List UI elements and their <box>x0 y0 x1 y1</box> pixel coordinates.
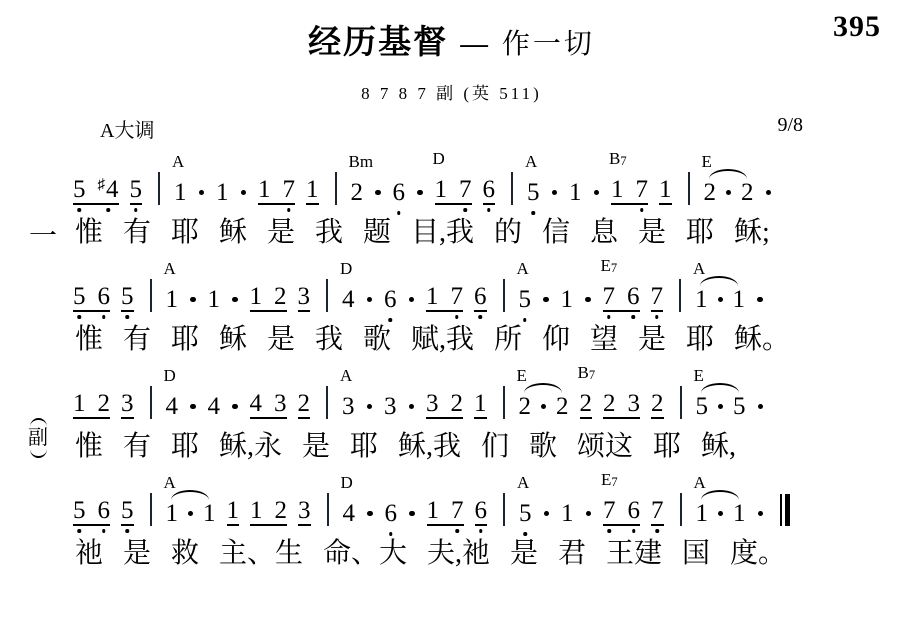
note: 2B7 <box>580 391 593 419</box>
chord-number: 7 <box>589 368 595 382</box>
note-digit: 7 <box>459 177 472 202</box>
note-digit: 3 <box>426 391 439 416</box>
note-body: 4 <box>342 287 355 312</box>
tie-arc-icon <box>171 490 209 500</box>
note: 4 <box>208 394 221 419</box>
note: 1A <box>174 180 187 205</box>
chord-label: E <box>694 367 704 384</box>
note-digit: 2 <box>704 180 717 205</box>
verse-2: 5651A11234D61765A176E7711A 惟 有 耶 稣 是 我 歌… <box>73 281 877 357</box>
note-body: 5 <box>519 501 532 526</box>
note-digit: 1 <box>306 177 319 202</box>
chord-label: A <box>517 260 529 277</box>
tied-notes: 11A <box>695 287 745 312</box>
tie-arc-icon <box>701 490 739 500</box>
note-group-body: 17 <box>427 498 464 526</box>
duration-dot <box>375 190 381 196</box>
chord-label: E7 <box>601 257 618 274</box>
duration-dot <box>718 297 723 302</box>
tied-notes: 22E <box>704 180 754 205</box>
note: 1 <box>659 177 672 205</box>
note-digit: 7 <box>651 498 664 523</box>
note-group-body: 43 <box>250 391 287 419</box>
refrain-marker-char: 副 <box>28 427 48 449</box>
note-body: 3 <box>298 498 311 526</box>
note-body: 6 <box>384 287 397 312</box>
chord-number: 7 <box>611 261 617 275</box>
barline <box>150 279 152 312</box>
note-body: 6 <box>393 180 406 205</box>
barline <box>150 493 152 526</box>
note: 5A <box>527 180 540 205</box>
chord-label: B7 <box>609 150 627 167</box>
chord-number: 7 <box>611 475 617 489</box>
music-line-1: 5♯451A11712Bm617D65A117B7122E <box>73 174 877 205</box>
note: 1 <box>208 287 221 312</box>
note-digit: 3 <box>384 394 397 419</box>
note-body: 1 <box>561 501 574 526</box>
key-time-row: A大调 9/8 <box>100 114 803 143</box>
note-group: 5♯4 <box>73 177 119 205</box>
note-digit: 6 <box>483 177 496 202</box>
barline <box>150 386 152 419</box>
note-body: 5 <box>527 180 540 205</box>
note-digit: 2 <box>274 284 287 309</box>
song-title: 经历基督— 作一切 <box>0 16 903 63</box>
note-digit: 3 <box>298 498 311 523</box>
barline <box>326 386 328 419</box>
duration-dot <box>232 404 238 410</box>
note: 3A <box>342 394 355 419</box>
chord-label: E <box>702 153 712 170</box>
note-digit: 5 <box>73 498 86 523</box>
chord-label: A <box>340 367 352 384</box>
note-group-body: 17 <box>258 177 295 205</box>
hymn-page: 395 经历基督— 作一切 8 7 8 7 副 (英 511) A大调 9/8 … <box>0 0 903 644</box>
note-group: 56 <box>73 284 110 312</box>
note-body: 2 <box>298 391 311 419</box>
note-group-body: 76 <box>603 284 640 312</box>
note-digit: 6 <box>628 498 641 523</box>
note: 2Bm <box>351 180 364 205</box>
note-group: 32 <box>426 391 463 419</box>
note-digit: 3 <box>274 391 287 416</box>
note-group: 43 <box>250 391 287 419</box>
note-digit: 6 <box>385 501 398 526</box>
note-digit: 1 <box>561 501 574 526</box>
note-digit: 1 <box>474 391 487 416</box>
note-digit: 5 <box>73 284 86 309</box>
chord-label: D <box>164 367 176 384</box>
final-barline-thin <box>780 494 782 526</box>
note-body: 6 <box>474 284 487 312</box>
note-group-body: 32 <box>426 391 463 419</box>
lyric-text: 惟 有 耶 稣,永 是 耶 稣,我 们 歌 颂这 耶 稣, <box>75 431 736 462</box>
note-group-body: 12 <box>250 284 287 312</box>
note-digit: 1 <box>561 287 574 312</box>
barline <box>680 386 682 419</box>
note-digit: 5 <box>696 394 709 419</box>
duration-dot <box>766 190 772 196</box>
note-group-body: 5♯4 <box>73 177 119 205</box>
note-digit: 1 <box>250 284 263 309</box>
note-group: 76E7 <box>603 284 640 312</box>
note-group: 17 <box>426 284 463 312</box>
note-body: 1 <box>474 391 487 419</box>
chord-label: B7 <box>578 364 596 381</box>
note-digit: 2 <box>741 180 754 205</box>
note-digit: 2 <box>351 180 364 205</box>
note-group: 56 <box>73 498 110 526</box>
tie-arc-icon <box>709 169 747 179</box>
duration-dot <box>367 404 373 410</box>
barline <box>503 386 505 419</box>
note-body: 1 <box>561 287 574 312</box>
barline <box>679 279 681 312</box>
note: 5A <box>519 501 532 526</box>
lyric-line-2: 惟 有 耶 稣 是 我 歌 赋,我 所 仰 望 是 耶 稣。 <box>75 322 877 357</box>
note-digit: 3 <box>298 284 311 309</box>
note-body: 1 <box>208 287 221 312</box>
note: 6 <box>385 501 398 526</box>
barline <box>680 493 682 526</box>
note-group: 12 <box>250 284 287 312</box>
sharp-icon: ♯ <box>98 177 106 193</box>
duration-dot <box>541 404 546 409</box>
note-body: 2 <box>351 180 364 205</box>
note-group: 12 <box>250 498 287 526</box>
song-title-main: 经历基督 <box>308 23 448 60</box>
note-body: 3 <box>121 391 134 419</box>
note-body: 1 <box>306 177 319 205</box>
note: 7 <box>651 284 664 312</box>
note-digit: 1 <box>733 501 746 526</box>
note-body: 3 <box>342 394 355 419</box>
note: 1 <box>561 287 574 312</box>
note-digit: 1 <box>166 287 179 312</box>
barline <box>503 279 505 312</box>
note-digit: 5 <box>519 287 532 312</box>
chord-label: D <box>340 260 352 277</box>
duration-dot <box>552 190 558 196</box>
duration-dot <box>543 297 549 303</box>
duration-dot <box>758 404 764 410</box>
refrain-marker: 副 <box>28 418 48 458</box>
note-digit: 4 <box>343 501 356 526</box>
note-body: 1 <box>569 180 582 205</box>
note-digit: 6 <box>475 498 488 523</box>
duration-dot <box>232 297 238 303</box>
note-body: 7 <box>651 284 664 312</box>
note-digit: 4 <box>208 394 221 419</box>
note-group: 12 <box>73 391 110 419</box>
duration-dot <box>367 297 373 303</box>
note: 5A <box>519 287 532 312</box>
barline <box>326 279 328 312</box>
note: 1A <box>166 287 179 312</box>
note-digit: 4 <box>166 394 179 419</box>
note-group-body: 12 <box>73 391 110 419</box>
tied-notes: 55E <box>696 394 746 419</box>
note-body: 1 <box>174 180 187 205</box>
note: 4D <box>343 501 356 526</box>
note: 4D <box>166 394 179 419</box>
note-digit: 5 <box>527 180 540 205</box>
song-title-suffix: — 作一切 <box>460 28 595 59</box>
note-digit: 6 <box>98 284 111 309</box>
duration-dot <box>417 190 423 196</box>
duration-dot <box>367 511 373 517</box>
note: 7 <box>651 498 664 526</box>
tied-notes: 11A <box>166 501 216 526</box>
note: 3 <box>298 284 311 312</box>
note-digit: 1 <box>733 287 746 312</box>
note: 6 <box>483 177 496 205</box>
note-body: 6 <box>475 498 488 526</box>
note-body: 1 <box>659 177 672 205</box>
note-digit: 5 <box>519 501 532 526</box>
note-digit: 1 <box>73 391 86 416</box>
duration-dot <box>409 511 415 517</box>
note-digit: 7 <box>603 498 616 523</box>
note-digit: 2 <box>519 394 532 419</box>
note-digit: 1 <box>227 498 240 523</box>
note-digit: 2 <box>98 391 111 416</box>
tied-notes: 11A <box>696 501 746 526</box>
note-digit: 6 <box>393 180 406 205</box>
note: 3 <box>298 498 311 526</box>
chord-label: A <box>164 474 176 491</box>
verse-number: 一 <box>29 219 57 254</box>
lyric-text: 惟 有 耶 稣 是 我 题 目,我 的 信 息 是 耶 稣; <box>75 217 770 248</box>
note-digit: 1 <box>208 287 221 312</box>
chord-label: Bm <box>349 153 374 170</box>
note-digit: 2 <box>603 391 616 416</box>
note: 5 <box>121 284 134 312</box>
note-digit: 1 <box>250 498 263 523</box>
header: 395 经历基督— 作一切 8 7 8 7 副 (英 511) A大调 9/8 <box>0 0 903 143</box>
note: 6 <box>384 287 397 312</box>
note: 6 <box>475 498 488 526</box>
note-digit: 5 <box>73 177 86 202</box>
note-digit: 3 <box>121 391 134 416</box>
note-digit: 1 <box>258 177 271 202</box>
note-digit: ♯4 <box>98 177 119 202</box>
note-digit: 1 <box>435 177 448 202</box>
note-digit: 7 <box>451 284 464 309</box>
chord-label: A <box>164 260 176 277</box>
note-digit: 6 <box>627 284 640 309</box>
note-digit: 1 <box>611 177 624 202</box>
barline <box>158 172 160 205</box>
note-group: 17 <box>258 177 295 205</box>
note-digit: 3 <box>342 394 355 419</box>
barline <box>503 493 505 526</box>
chord-label: A <box>172 153 184 170</box>
note-digit: 5 <box>130 177 143 202</box>
duration-dot <box>757 297 763 303</box>
note-digit: 2 <box>651 391 664 416</box>
note-digit: 7 <box>651 284 664 309</box>
chord-label: D <box>341 474 353 491</box>
duration-dot <box>594 190 600 196</box>
duration-dot <box>585 297 591 303</box>
page-number: 395 <box>833 10 881 44</box>
lyric-text: 惟 有 耶 稣 是 我 歌 赋,我 所 仰 望 是 耶 稣。 <box>75 324 790 355</box>
note-group: 17B7 <box>611 177 648 205</box>
chord-label: E7 <box>601 471 618 488</box>
note-digit: 5 <box>121 498 134 523</box>
note-body: 5 <box>519 287 532 312</box>
chord-label: A <box>525 153 537 170</box>
vertical-paren-bottom-icon <box>30 449 47 458</box>
note-digit: 4 <box>250 391 263 416</box>
note-body: 2 <box>651 391 664 419</box>
note-group: 17 <box>427 498 464 526</box>
note-body: 5 <box>121 284 134 312</box>
note-group-body: 17 <box>426 284 463 312</box>
note: 6 <box>393 180 406 205</box>
music-line-4: 56511A11234D61765A176E7711A <box>73 495 877 526</box>
duration-dot <box>188 511 193 516</box>
key-signature: A大调 <box>100 114 154 143</box>
barline <box>688 172 690 205</box>
note-body: 4 <box>208 394 221 419</box>
lyric-line-1: 一 惟 有 耶 稣 是 我 题 目,我 的 信 息 是 耶 稣; <box>75 215 877 250</box>
note-digit: 1 <box>569 180 582 205</box>
note-digit: 2 <box>580 391 593 416</box>
note-body: 6 <box>483 177 496 205</box>
chord-label: A <box>517 474 529 491</box>
duration-dot <box>409 404 415 410</box>
note-digit: 1 <box>659 177 672 202</box>
duration-dot <box>190 297 196 303</box>
vertical-paren-top-icon <box>30 418 47 427</box>
note-group-body: 12 <box>250 498 287 526</box>
note-digit: 1 <box>427 498 440 523</box>
note-digit: 7 <box>283 177 296 202</box>
note-group-body: 76 <box>603 498 640 526</box>
note-body: 3 <box>384 394 397 419</box>
note: 1 <box>306 177 319 205</box>
tie-arc-icon <box>524 383 562 393</box>
note-digit: 1 <box>166 501 179 526</box>
note: 1 <box>474 391 487 419</box>
barline <box>327 493 329 526</box>
chord-label: E <box>517 367 527 384</box>
duration-dot <box>718 511 723 516</box>
note-body: 5 <box>130 177 143 205</box>
note-group: 17D <box>435 177 472 205</box>
note-digit: 2 <box>451 391 464 416</box>
duration-dot <box>758 511 764 517</box>
note: 5 <box>130 177 143 205</box>
lyric-text: 祂 是 救 主、生 命、大 夫,祂 是 君 王建 国 度。 <box>75 538 786 569</box>
note-group-body: 56 <box>73 284 110 312</box>
note-body: 5 <box>121 498 134 526</box>
tie-arc-icon <box>701 383 739 393</box>
note-group-body: 23 <box>603 391 640 419</box>
duration-dot <box>199 190 205 196</box>
duration-dot <box>241 190 247 196</box>
time-signature: 9/8 <box>777 114 803 143</box>
note: 2 <box>651 391 664 419</box>
note-digit: 7 <box>603 284 616 309</box>
note-digit: 4 <box>342 287 355 312</box>
duration-dot <box>409 297 415 303</box>
chord-number: 7 <box>620 154 626 168</box>
tie-arc-icon <box>700 276 738 286</box>
note: 1 <box>569 180 582 205</box>
note-body: 3 <box>298 284 311 312</box>
duration-dot <box>190 404 196 410</box>
note: 1 <box>561 501 574 526</box>
refrain: 1234D44323A332122E2B723255E 副 惟 有 耶 稣,永 … <box>73 388 877 464</box>
note-body: 1 <box>216 180 229 205</box>
note-digit: 2 <box>556 394 569 419</box>
duration-dot <box>544 511 550 517</box>
music-line-2: 5651A11234D61765A176E7711A <box>73 281 877 312</box>
note-body: 4 <box>166 394 179 419</box>
note-digit: 1 <box>203 501 216 526</box>
note-body: 1 <box>227 498 240 526</box>
note: 5 <box>121 498 134 526</box>
note: 6 <box>474 284 487 312</box>
note-body: 6 <box>385 501 398 526</box>
note-digit: 2 <box>275 498 288 523</box>
duration-dot <box>718 404 723 409</box>
note-digit: 1 <box>696 501 709 526</box>
duration-dot <box>726 190 731 195</box>
note-digit: 1 <box>216 180 229 205</box>
note: 4D <box>342 287 355 312</box>
note-body: 7 <box>651 498 664 526</box>
note-digit: 5 <box>121 284 134 309</box>
barline <box>335 172 337 205</box>
verse-1: 5♯451A11712Bm617D65A117B7122E 一 惟 有 耶 稣 … <box>73 174 877 250</box>
note-digit: 7 <box>636 177 649 202</box>
note-digit: 1 <box>695 287 708 312</box>
lyric-line-4: 祂 是 救 主、生 命、大 夫,祂 是 君 王建 国 度。 <box>75 536 877 571</box>
note-digit: 5 <box>733 394 746 419</box>
chord-label: A <box>693 260 705 277</box>
note-digit: 7 <box>451 498 464 523</box>
note-group: 23 <box>603 391 640 419</box>
note-body: 2 <box>580 391 593 419</box>
chord-label: D <box>433 150 445 167</box>
note-group-body: 56 <box>73 498 110 526</box>
final-barline-thick <box>785 494 790 526</box>
note-group-body: 17 <box>611 177 648 205</box>
note: 1 <box>227 498 240 526</box>
verse-refrain-end: 56511A11234D61765A176E7711A 祂 是 救 主、生 命、… <box>73 495 877 571</box>
note-digit: 6 <box>384 287 397 312</box>
chord-label: A <box>694 474 706 491</box>
note-digit: 2 <box>298 391 311 416</box>
tied-notes: 22E <box>519 394 569 419</box>
note-body: 4 <box>343 501 356 526</box>
note-digit: 6 <box>474 284 487 309</box>
note: 3 <box>384 394 397 419</box>
score-content: 5♯451A11712Bm617D65A117B7122E 一 惟 有 耶 稣 … <box>0 174 903 571</box>
note-digit: 1 <box>174 180 187 205</box>
note-digit: 3 <box>628 391 641 416</box>
final-barline <box>780 494 790 526</box>
note: 3 <box>121 391 134 419</box>
note: 1 <box>216 180 229 205</box>
note-group-body: 17 <box>435 177 472 205</box>
music-line-3: 1234D44323A332122E2B723255E <box>73 388 877 419</box>
